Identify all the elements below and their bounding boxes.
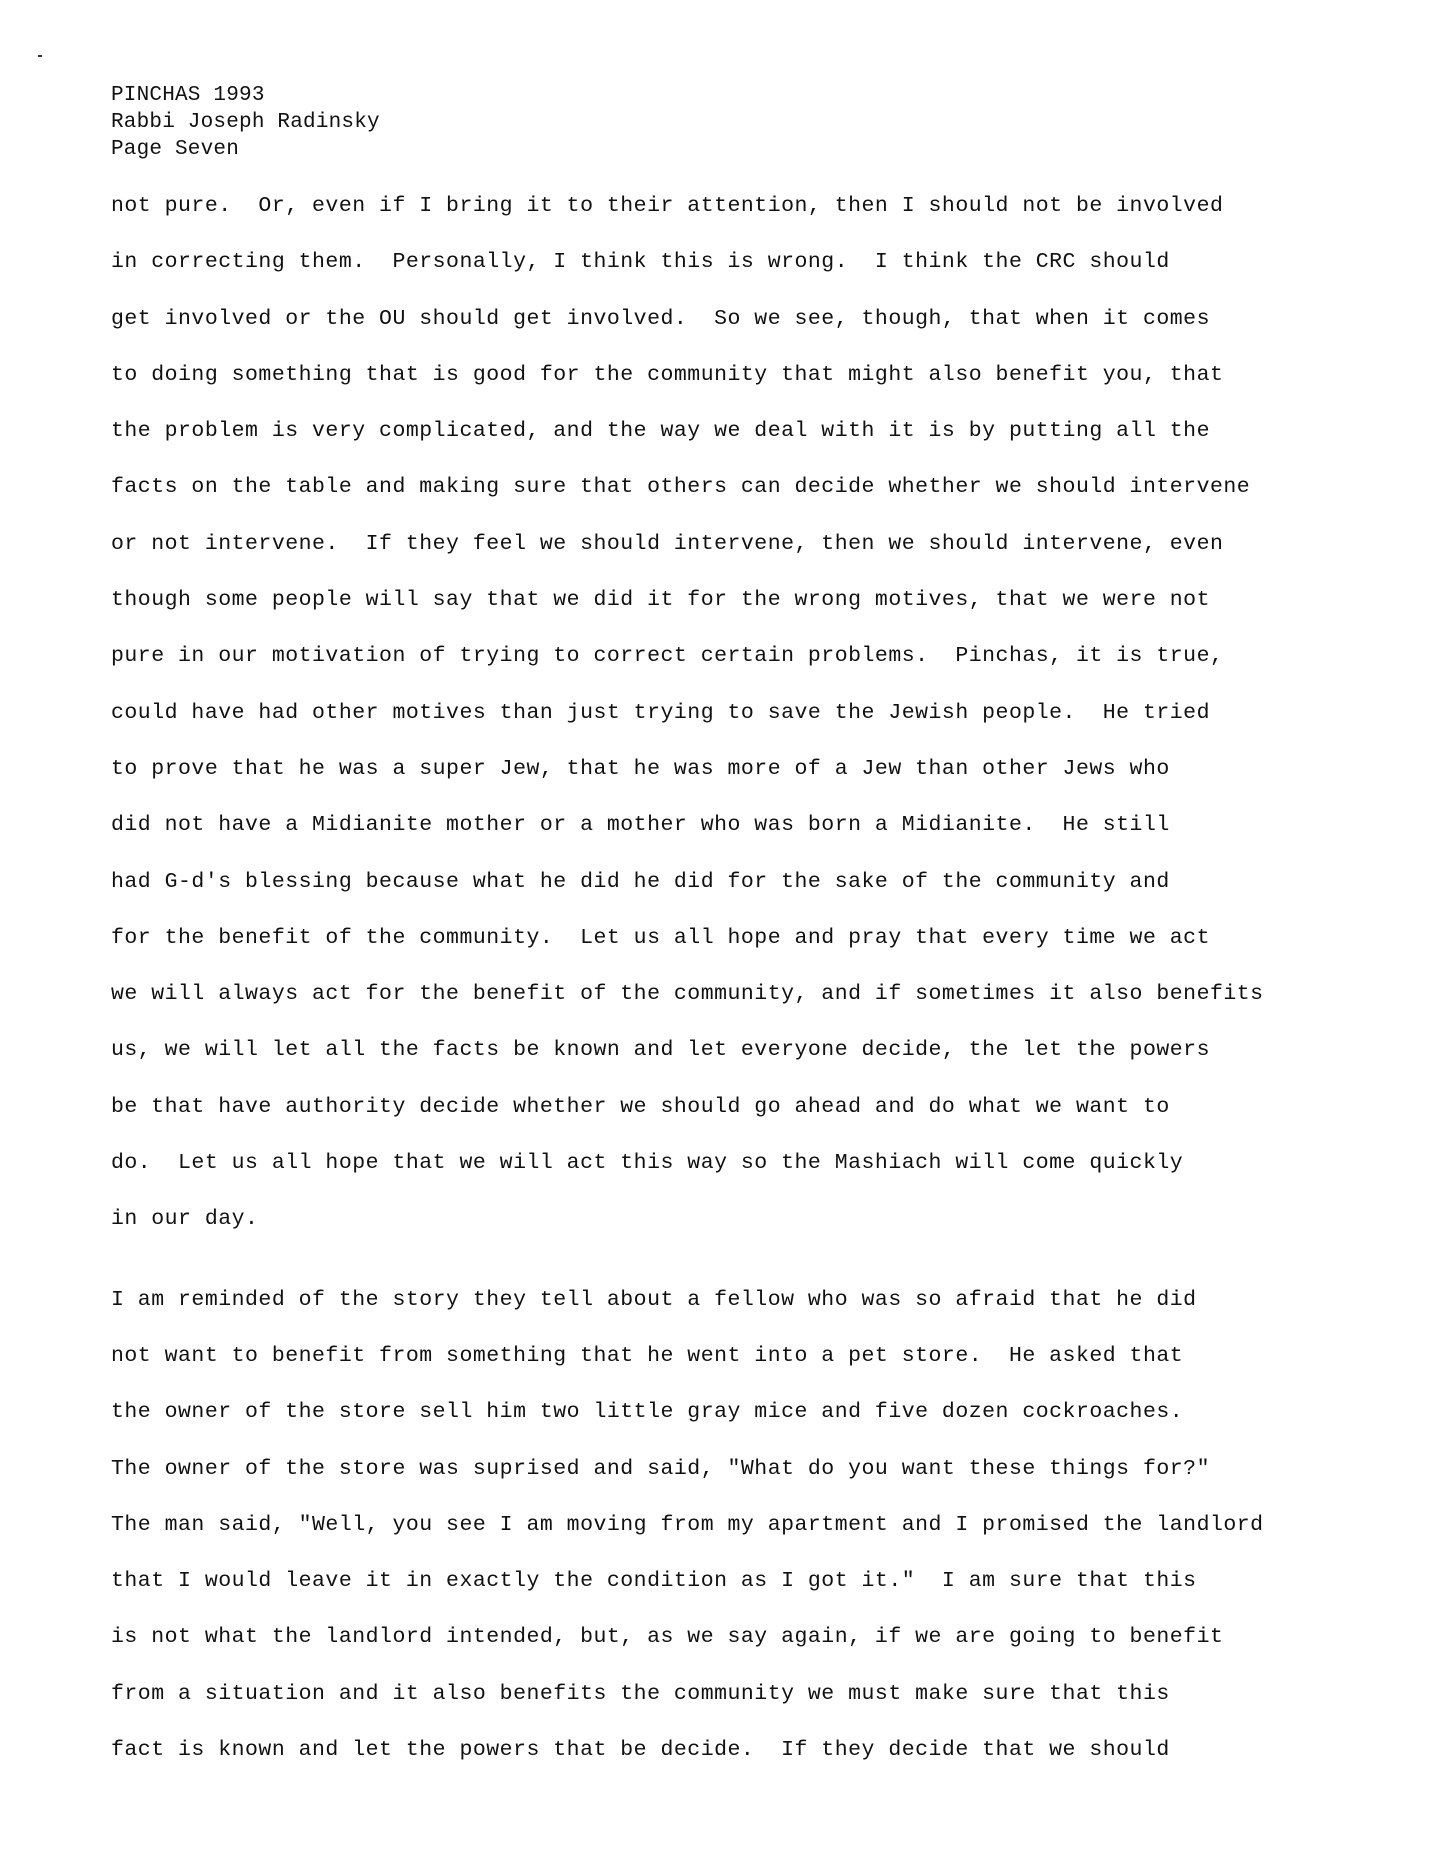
text-line: or not intervene. If they feel we should… [111,516,1264,572]
page-header: PINCHAS 1993 Rabbi Joseph Radinsky Page … [111,82,380,163]
document-body: not pure. Or, even if I bring it to thei… [111,178,1264,1778]
text-line: could have had other motives than just t… [111,685,1264,741]
text-line: in our day. [111,1191,1264,1247]
scan-speck [38,55,42,57]
text-line: did not have a Midianite mother or a mot… [111,797,1264,853]
text-line: for the benefit of the community. Let us… [111,910,1264,966]
text-line: in correcting them. Personally, I think … [111,234,1264,290]
document-title: PINCHAS 1993 [111,82,380,109]
text-line: from a situation and it also benefits th… [111,1666,1264,1722]
text-line: we will always act for the benefit of th… [111,966,1264,1022]
paragraph: not pure. Or, even if I bring it to thei… [111,178,1264,1248]
text-line: us, we will let all the facts be known a… [111,1022,1264,1078]
text-line: not want to benefit from something that … [111,1328,1264,1384]
document-page: PINCHAS 1993 Rabbi Joseph Radinsky Page … [0,0,1430,1851]
text-line: pure in our motivation of trying to corr… [111,628,1264,684]
document-author: Rabbi Joseph Radinsky [111,109,380,136]
text-line: do. Let us all hope that we will act thi… [111,1135,1264,1191]
text-line: be that have authority decide whether we… [111,1079,1264,1135]
text-line: The man said, "Well, you see I am moving… [111,1497,1264,1553]
text-line: to prove that he was a super Jew, that h… [111,741,1264,797]
text-line: though some people will say that we did … [111,572,1264,628]
text-line: that I would leave it in exactly the con… [111,1553,1264,1609]
paragraph: I am reminded of the story they tell abo… [111,1272,1264,1779]
page-number: Page Seven [111,136,380,163]
text-line: the problem is very complicated, and the… [111,403,1264,459]
text-line: had G-d's blessing because what he did h… [111,854,1264,910]
text-line: to doing something that is good for the … [111,347,1264,403]
text-line: get involved or the OU should get involv… [111,291,1264,347]
text-line: is not what the landlord intended, but, … [111,1609,1264,1665]
text-line: The owner of the store was suprised and … [111,1441,1264,1497]
text-line: fact is known and let the powers that be… [111,1722,1264,1778]
text-line: not pure. Or, even if I bring it to thei… [111,178,1264,234]
text-line: facts on the table and making sure that … [111,459,1264,515]
text-line: the owner of the store sell him two litt… [111,1384,1264,1440]
text-line: I am reminded of the story they tell abo… [111,1272,1264,1328]
